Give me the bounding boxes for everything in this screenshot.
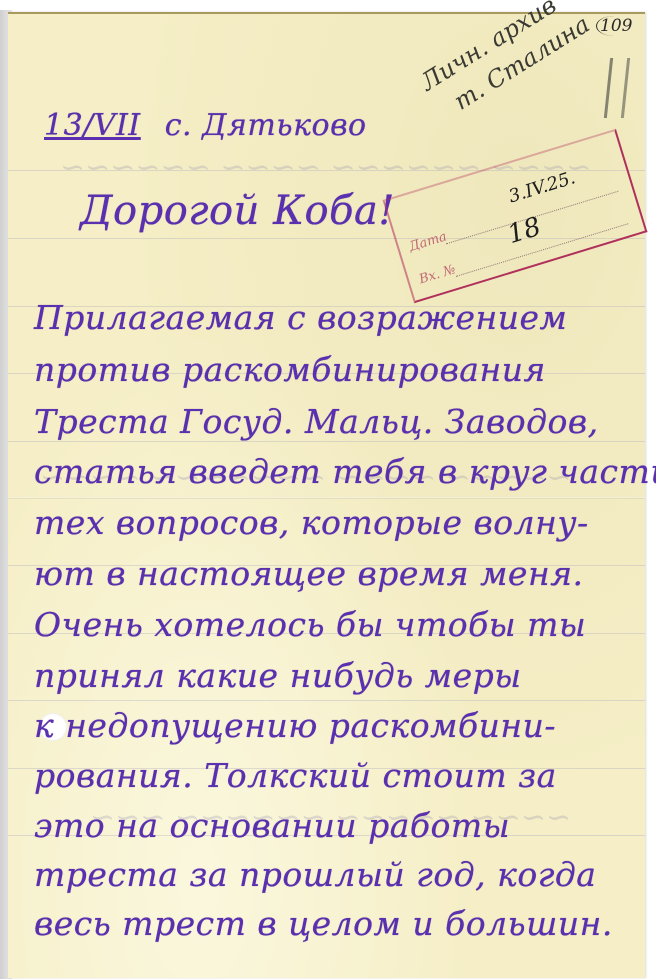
letter-line: Прилагаемая с возражением [34,298,567,337]
letter-line: треста за прошлый год, когда [34,855,596,894]
stamp-date-label: Дата [407,229,448,255]
letter-line: к недопущению раскомбини- [34,706,556,745]
stamp-incoming-value: 18 [504,212,544,250]
letter-greeting: Дорогой Коба! [80,188,395,234]
stamp-incoming-label: Вх. № [417,262,457,287]
stamp-date-value: 3.IV.25. [506,167,578,207]
letter-line: весь трест в целом и большин. [34,904,613,943]
letter-line: рования. Толкский стоит за [34,756,557,795]
letter-line: статья введет тебя в круг части [34,452,656,491]
folio-number: 109 [596,16,632,36]
letter-line: тех вопросов, которые волну- [34,503,589,542]
letter-date: 13/VII [44,108,141,143]
letter-line: Треста Госуд. Мальц. Заводов, [34,402,599,441]
letter-line: против раскомбинирования [34,350,546,389]
letter-place: с. Дятьково [165,108,367,143]
ruled-line [8,700,645,701]
letter-date-place: 13/VII с. Дятьково [44,108,367,143]
ruled-line [8,441,645,442]
letter-line: принял какие нибудь меры [34,656,522,695]
letter-line: ют в настоящее время меня. [34,554,584,593]
letter-line: Очень хотелось бы чтобы ты [34,605,586,644]
letter-line: это на основании работы [34,806,510,845]
paper-fold-line [8,497,645,499]
